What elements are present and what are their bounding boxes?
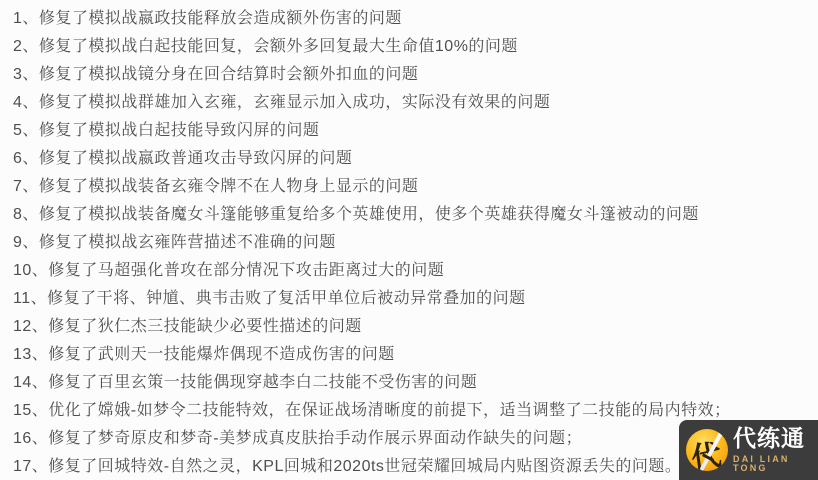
patch-note-item: 10、修复了马超强化普攻在部分情况下攻击距离过大的问题: [13, 257, 818, 285]
dailiantong-watermark: 代 代练通 DAI LIAN TONG: [679, 420, 818, 480]
watermark-title: 代练通: [733, 428, 818, 451]
patch-note-item: 11、修复了干将、钟馗、典韦击败了复活甲单位后被动异常叠加的问题: [13, 285, 818, 313]
patch-note-item: 9、修复了模拟战玄雍阵营描述不准确的问题: [13, 229, 818, 257]
patch-note-item: 7、修复了模拟战装备玄雍令牌不在人物身上显示的问题: [13, 173, 818, 201]
patch-note-item: 5、修复了模拟战白起技能导致闪屏的问题: [13, 117, 818, 145]
patch-note-item: 14、修复了百里玄策一技能偶现穿越李白二技能不受伤害的问题: [13, 369, 818, 397]
patch-note-item: 8、修复了模拟战装备魔女斗篷能够重复给多个英雄使用，使多个英雄获得魔女斗篷被动的…: [13, 201, 818, 229]
watermark-subtitle: DAI LIAN TONG: [733, 455, 818, 473]
watermark-text: 代练通 DAI LIAN TONG: [733, 428, 818, 473]
patch-note-item: 3、修复了模拟战镜分身在回合结算时会额外扣血的问题: [13, 61, 818, 89]
patch-note-item: 1、修复了模拟战嬴政技能释放会造成额外伤害的问题: [13, 5, 818, 33]
patch-note-item: 4、修复了模拟战群雄加入玄雍，玄雍显示加入成功，实际没有效果的问题: [13, 89, 818, 117]
patch-note-item: 13、修复了武则天一技能爆炸偶现不造成伤害的问题: [13, 341, 818, 369]
patch-notes-list: 1、修复了模拟战嬴政技能释放会造成额外伤害的问题2、修复了模拟战白起技能回复，会…: [0, 0, 818, 480]
patch-note-item: 6、修复了模拟战嬴政普通攻击导致闪屏的问题: [13, 145, 818, 173]
patch-note-item: 2、修复了模拟战白起技能回复，会额外多回复最大生命值10%的问题: [13, 33, 818, 61]
dailiantong-logo-icon: 代: [686, 429, 728, 471]
patch-note-item: 12、修复了狄仁杰三技能缺少必要性描述的问题: [13, 313, 818, 341]
patch-notes-page: 1、修复了模拟战嬴政技能释放会造成额外伤害的问题2、修复了模拟战白起技能回复，会…: [0, 0, 818, 480]
